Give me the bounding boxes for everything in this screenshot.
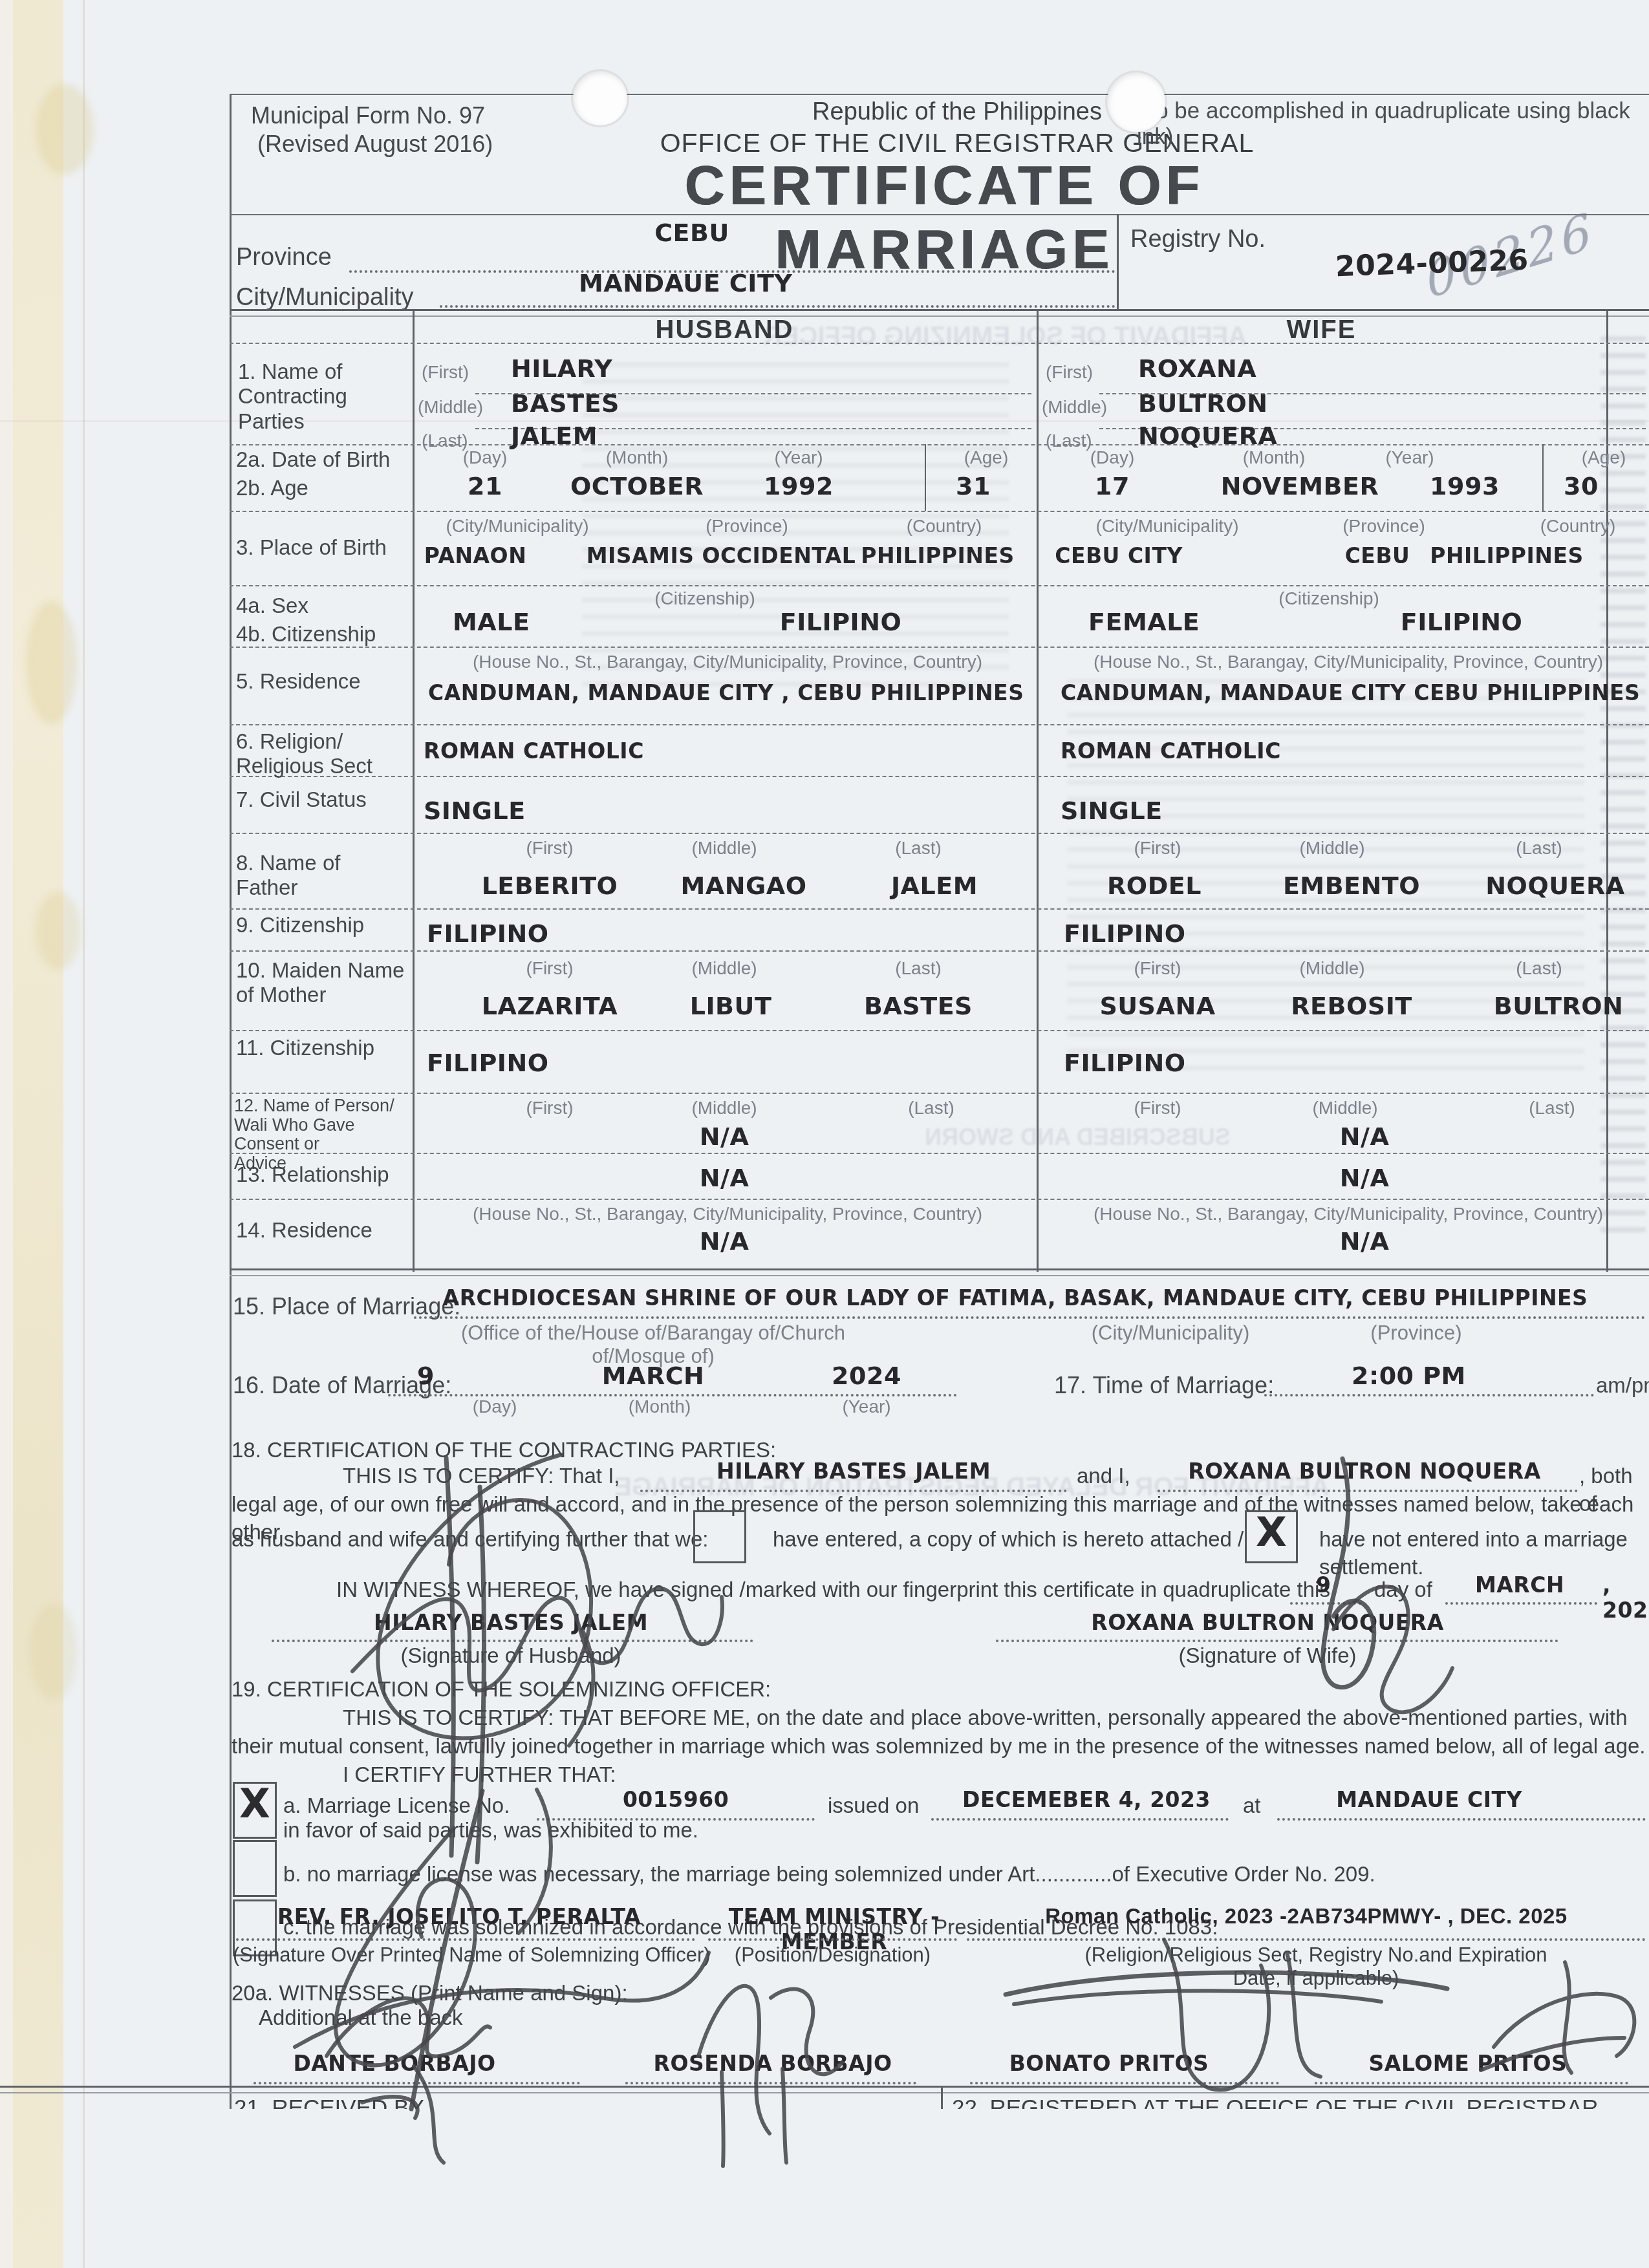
husband-signature <box>352 1589 722 1691</box>
officer-signature <box>295 1952 709 2047</box>
witness-signature-3 <box>1014 1991 1381 2004</box>
wife-signature <box>1333 1587 1452 1712</box>
witness-signature-2 <box>698 1986 842 2134</box>
scanned-marriage-certificate: AFFIDAVIT OF SOLEMNIZING OFFICER SUBSCRI… <box>0 0 1649 2268</box>
officer-signature <box>519 1790 551 1933</box>
witness-signature-2 <box>722 2069 786 2166</box>
ink-signatures-layer <box>0 0 1649 2268</box>
witness-signature-1 <box>327 1998 490 2057</box>
wife-signature <box>1323 1459 1374 1687</box>
officer-signature <box>336 1830 475 2065</box>
witness-signature-4 <box>1481 2038 1624 2070</box>
stray-ink <box>362 2097 418 2118</box>
witness-signature-3 <box>1164 1940 1320 2090</box>
husband-signature <box>569 1629 593 1746</box>
